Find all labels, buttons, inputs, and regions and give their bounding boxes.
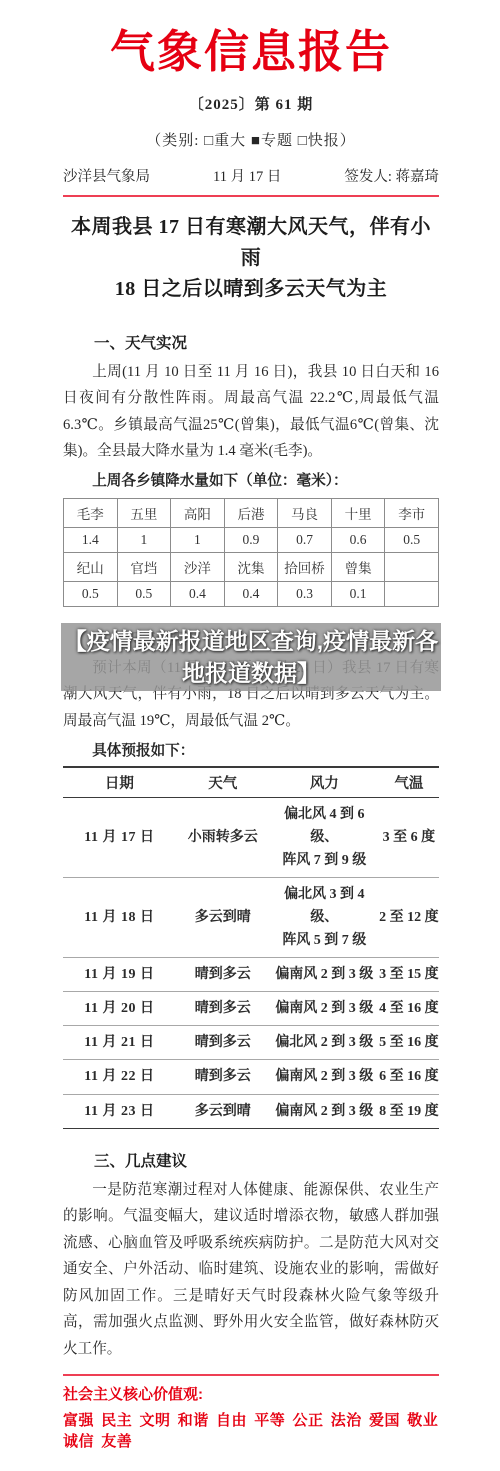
rainfall-cell: 0.5 bbox=[64, 581, 118, 606]
rainfall-cell: 拾回桥 bbox=[278, 552, 332, 581]
rain-table-caption: 上周各乡镇降水量如下（单位：毫米）： bbox=[63, 469, 439, 490]
rainfall-cell: 1 bbox=[171, 527, 225, 552]
rainfall-table: 毛李五里高阳后港马良十里李市1.4110.90.70.60.5纪山官垱沙洋沈集拾… bbox=[63, 498, 439, 607]
forecast-cell: 3 至 15 度 bbox=[379, 958, 439, 992]
forecast-cell: 晴到多云 bbox=[176, 958, 270, 992]
rainfall-cell: 0.7 bbox=[278, 527, 332, 552]
section-forecast: 二、天气预报 预计本周（11 月 17 日至 11 月 23 日）我县 17 日… bbox=[63, 627, 439, 1129]
forecast-cell: 11 月 22 日 bbox=[63, 1060, 176, 1094]
forecast-cell: 11 月 19 日 bbox=[63, 958, 176, 992]
rainfall-cell: 1.4 bbox=[64, 527, 118, 552]
forecast-cell: 晴到多云 bbox=[176, 992, 270, 1026]
report-page: 气象信息报告 〔2025〕第 61 期 （类别: □重大 ■专题 □快报） 沙洋… bbox=[0, 0, 500, 1471]
rainfall-cell: 0.5 bbox=[385, 527, 439, 552]
rainfall-cell: 官垱 bbox=[117, 552, 171, 581]
table-row: 0.50.50.40.40.30.1 bbox=[64, 581, 439, 606]
rainfall-cell: 曾集 bbox=[331, 552, 385, 581]
forecast-cell: 偏北风 3 到 4 级、 阵风 5 到 7 级 bbox=[270, 877, 379, 957]
forecast-cell: 4 至 16 度 bbox=[379, 992, 439, 1026]
forecast-cell: 多云到晴 bbox=[176, 877, 270, 957]
agency-name: 沙洋县气象局 bbox=[63, 165, 150, 186]
section1-paragraph: 上周(11 月 10 日至 11 月 16 日)，我县 10 日白天和 16 日… bbox=[63, 359, 439, 465]
table-row: 毛李五里高阳后港马良十里李市 bbox=[64, 498, 439, 527]
section3-heading: 三、几点建议 bbox=[63, 1149, 439, 1171]
rainfall-cell: 0.4 bbox=[171, 581, 225, 606]
forecast-col-temp: 气温 bbox=[379, 767, 439, 798]
footer-core-values: 社会主义核心价值观: 富强 民主 文明 和谐 自由 平等 公正 法治 爱国 敬业… bbox=[63, 1374, 439, 1451]
forecast-cell: 晴到多云 bbox=[176, 1026, 270, 1060]
rainfall-cell: 1 bbox=[117, 527, 171, 552]
table-row: 纪山官垱沙洋沈集拾回桥曾集 bbox=[64, 552, 439, 581]
section3-paragraph: 一是防范寒潮过程对人体健康、能源保供、农业生产的影响。气温变幅大，建议适时增添衣… bbox=[63, 1177, 439, 1363]
rainfall-cell bbox=[385, 552, 439, 581]
issuer-name: 签发人: 蒋嘉琦 bbox=[344, 165, 439, 186]
rainfall-cell: 李市 bbox=[385, 498, 439, 527]
forecast-cell: 2 至 12 度 bbox=[379, 877, 439, 957]
forecast-cell: 11 月 21 日 bbox=[63, 1026, 176, 1060]
rainfall-cell: 0.1 bbox=[331, 581, 385, 606]
rainfall-cell: 毛李 bbox=[64, 498, 118, 527]
rainfall-cell: 后港 bbox=[224, 498, 278, 527]
rainfall-cell: 沈集 bbox=[224, 552, 278, 581]
forecast-table: 日期 天气 风力 气温 11 月 17 日小雨转多云偏北风 4 到 6 级、 阵… bbox=[63, 766, 439, 1129]
forecast-cell: 晴到多云 bbox=[176, 1060, 270, 1094]
forecast-cell: 偏南风 2 到 3 级 bbox=[270, 1060, 379, 1094]
rainfall-cell: 纪山 bbox=[64, 552, 118, 581]
forecast-col-wind: 风力 bbox=[270, 767, 379, 798]
forecast-cell: 3 至 6 度 bbox=[379, 797, 439, 877]
rainfall-cell: 0.6 bbox=[331, 527, 385, 552]
table-row: 11 月 20 日晴到多云偏南风 2 到 3 级4 至 16 度 bbox=[63, 992, 439, 1026]
rainfall-cell: 五里 bbox=[117, 498, 171, 527]
header-meta-row: 沙洋县气象局 11 月 17 日 签发人: 蒋嘉琦 bbox=[63, 165, 439, 197]
watermark-overlay-banner: 【疫情最新报道地区查询,疫情最新各地报道数据】 bbox=[61, 623, 441, 691]
rainfall-cell: 沙洋 bbox=[171, 552, 225, 581]
forecast-cell: 偏北风 4 到 6 级、 阵风 7 到 9 级 bbox=[270, 797, 379, 877]
report-date: 11 月 17 日 bbox=[213, 165, 281, 186]
rainfall-cell: 0.3 bbox=[278, 581, 332, 606]
table-row: 11 月 18 日多云到晴偏北风 3 到 4 级、 阵风 5 到 7 级2 至 … bbox=[63, 877, 439, 957]
forecast-cell: 偏南风 2 到 3 级 bbox=[270, 958, 379, 992]
issue-number: 〔2025〕第 61 期 bbox=[63, 93, 439, 114]
rainfall-cell: 0.5 bbox=[117, 581, 171, 606]
report-headline: 本周我县 17 日有寒潮大风天气，伴有小雨 18 日之后以晴到多云天气为主 bbox=[63, 212, 439, 305]
forecast-cell: 偏南风 2 到 3 级 bbox=[270, 992, 379, 1026]
forecast-cell: 6 至 16 度 bbox=[379, 1060, 439, 1094]
table-row: 1.4110.90.70.60.5 bbox=[64, 527, 439, 552]
section1-heading: 一、天气实况 bbox=[63, 331, 439, 353]
rainfall-cell: 十里 bbox=[331, 498, 385, 527]
table-row: 11 月 19 日晴到多云偏南风 2 到 3 级3 至 15 度 bbox=[63, 958, 439, 992]
forecast-cell: 11 月 18 日 bbox=[63, 877, 176, 957]
rainfall-cell: 马良 bbox=[278, 498, 332, 527]
table-row: 11 月 17 日小雨转多云偏北风 4 到 6 级、 阵风 7 到 9 级3 至… bbox=[63, 797, 439, 877]
forecast-cell: 多云到晴 bbox=[176, 1094, 270, 1128]
section-suggestions: 三、几点建议 一是防范寒潮过程对人体健康、能源保供、农业生产的影响。气温变幅大，… bbox=[63, 1149, 439, 1363]
rainfall-cell: 0.4 bbox=[224, 581, 278, 606]
table-row: 11 月 22 日晴到多云偏南风 2 到 3 级6 至 16 度 bbox=[63, 1060, 439, 1094]
headline-line-1: 本周我县 17 日有寒潮大风天气，伴有小雨 bbox=[63, 212, 439, 274]
rainfall-cell bbox=[385, 581, 439, 606]
forecast-col-weather: 天气 bbox=[176, 767, 270, 798]
forecast-cell: 8 至 19 度 bbox=[379, 1094, 439, 1128]
section-weather-facts: 一、天气实况 上周(11 月 10 日至 11 月 16 日)，我县 10 日白… bbox=[63, 331, 439, 607]
category-checkboxes: （类别: □重大 ■专题 □快报） bbox=[63, 129, 439, 150]
forecast-table-caption: 具体预报如下： bbox=[63, 739, 439, 760]
footer-label: 社会主义核心价值观: bbox=[63, 1383, 439, 1404]
forecast-cell: 11 月 23 日 bbox=[63, 1094, 176, 1128]
report-title: 气象信息报告 bbox=[63, 26, 439, 78]
headline-line-2: 18 日之后以晴到多云天气为主 bbox=[63, 274, 439, 305]
forecast-cell: 偏北风 2 到 3 级 bbox=[270, 1026, 379, 1060]
rainfall-cell: 高阳 bbox=[171, 498, 225, 527]
forecast-cell: 小雨转多云 bbox=[176, 797, 270, 877]
rainfall-cell: 0.9 bbox=[224, 527, 278, 552]
forecast-cell: 偏南风 2 到 3 级 bbox=[270, 1094, 379, 1128]
forecast-cell: 11 月 20 日 bbox=[63, 992, 176, 1026]
table-row: 11 月 21 日晴到多云偏北风 2 到 3 级5 至 16 度 bbox=[63, 1026, 439, 1060]
footer-values: 富强 民主 文明 和谐 自由 平等 公正 法治 爱国 敬业 诚信 友善 bbox=[63, 1409, 439, 1451]
forecast-col-date: 日期 bbox=[63, 767, 176, 798]
forecast-cell: 11 月 17 日 bbox=[63, 797, 176, 877]
forecast-header-row: 日期 天气 风力 气温 bbox=[63, 767, 439, 798]
forecast-cell: 5 至 16 度 bbox=[379, 1026, 439, 1060]
table-row: 11 月 23 日多云到晴偏南风 2 到 3 级8 至 19 度 bbox=[63, 1094, 439, 1128]
